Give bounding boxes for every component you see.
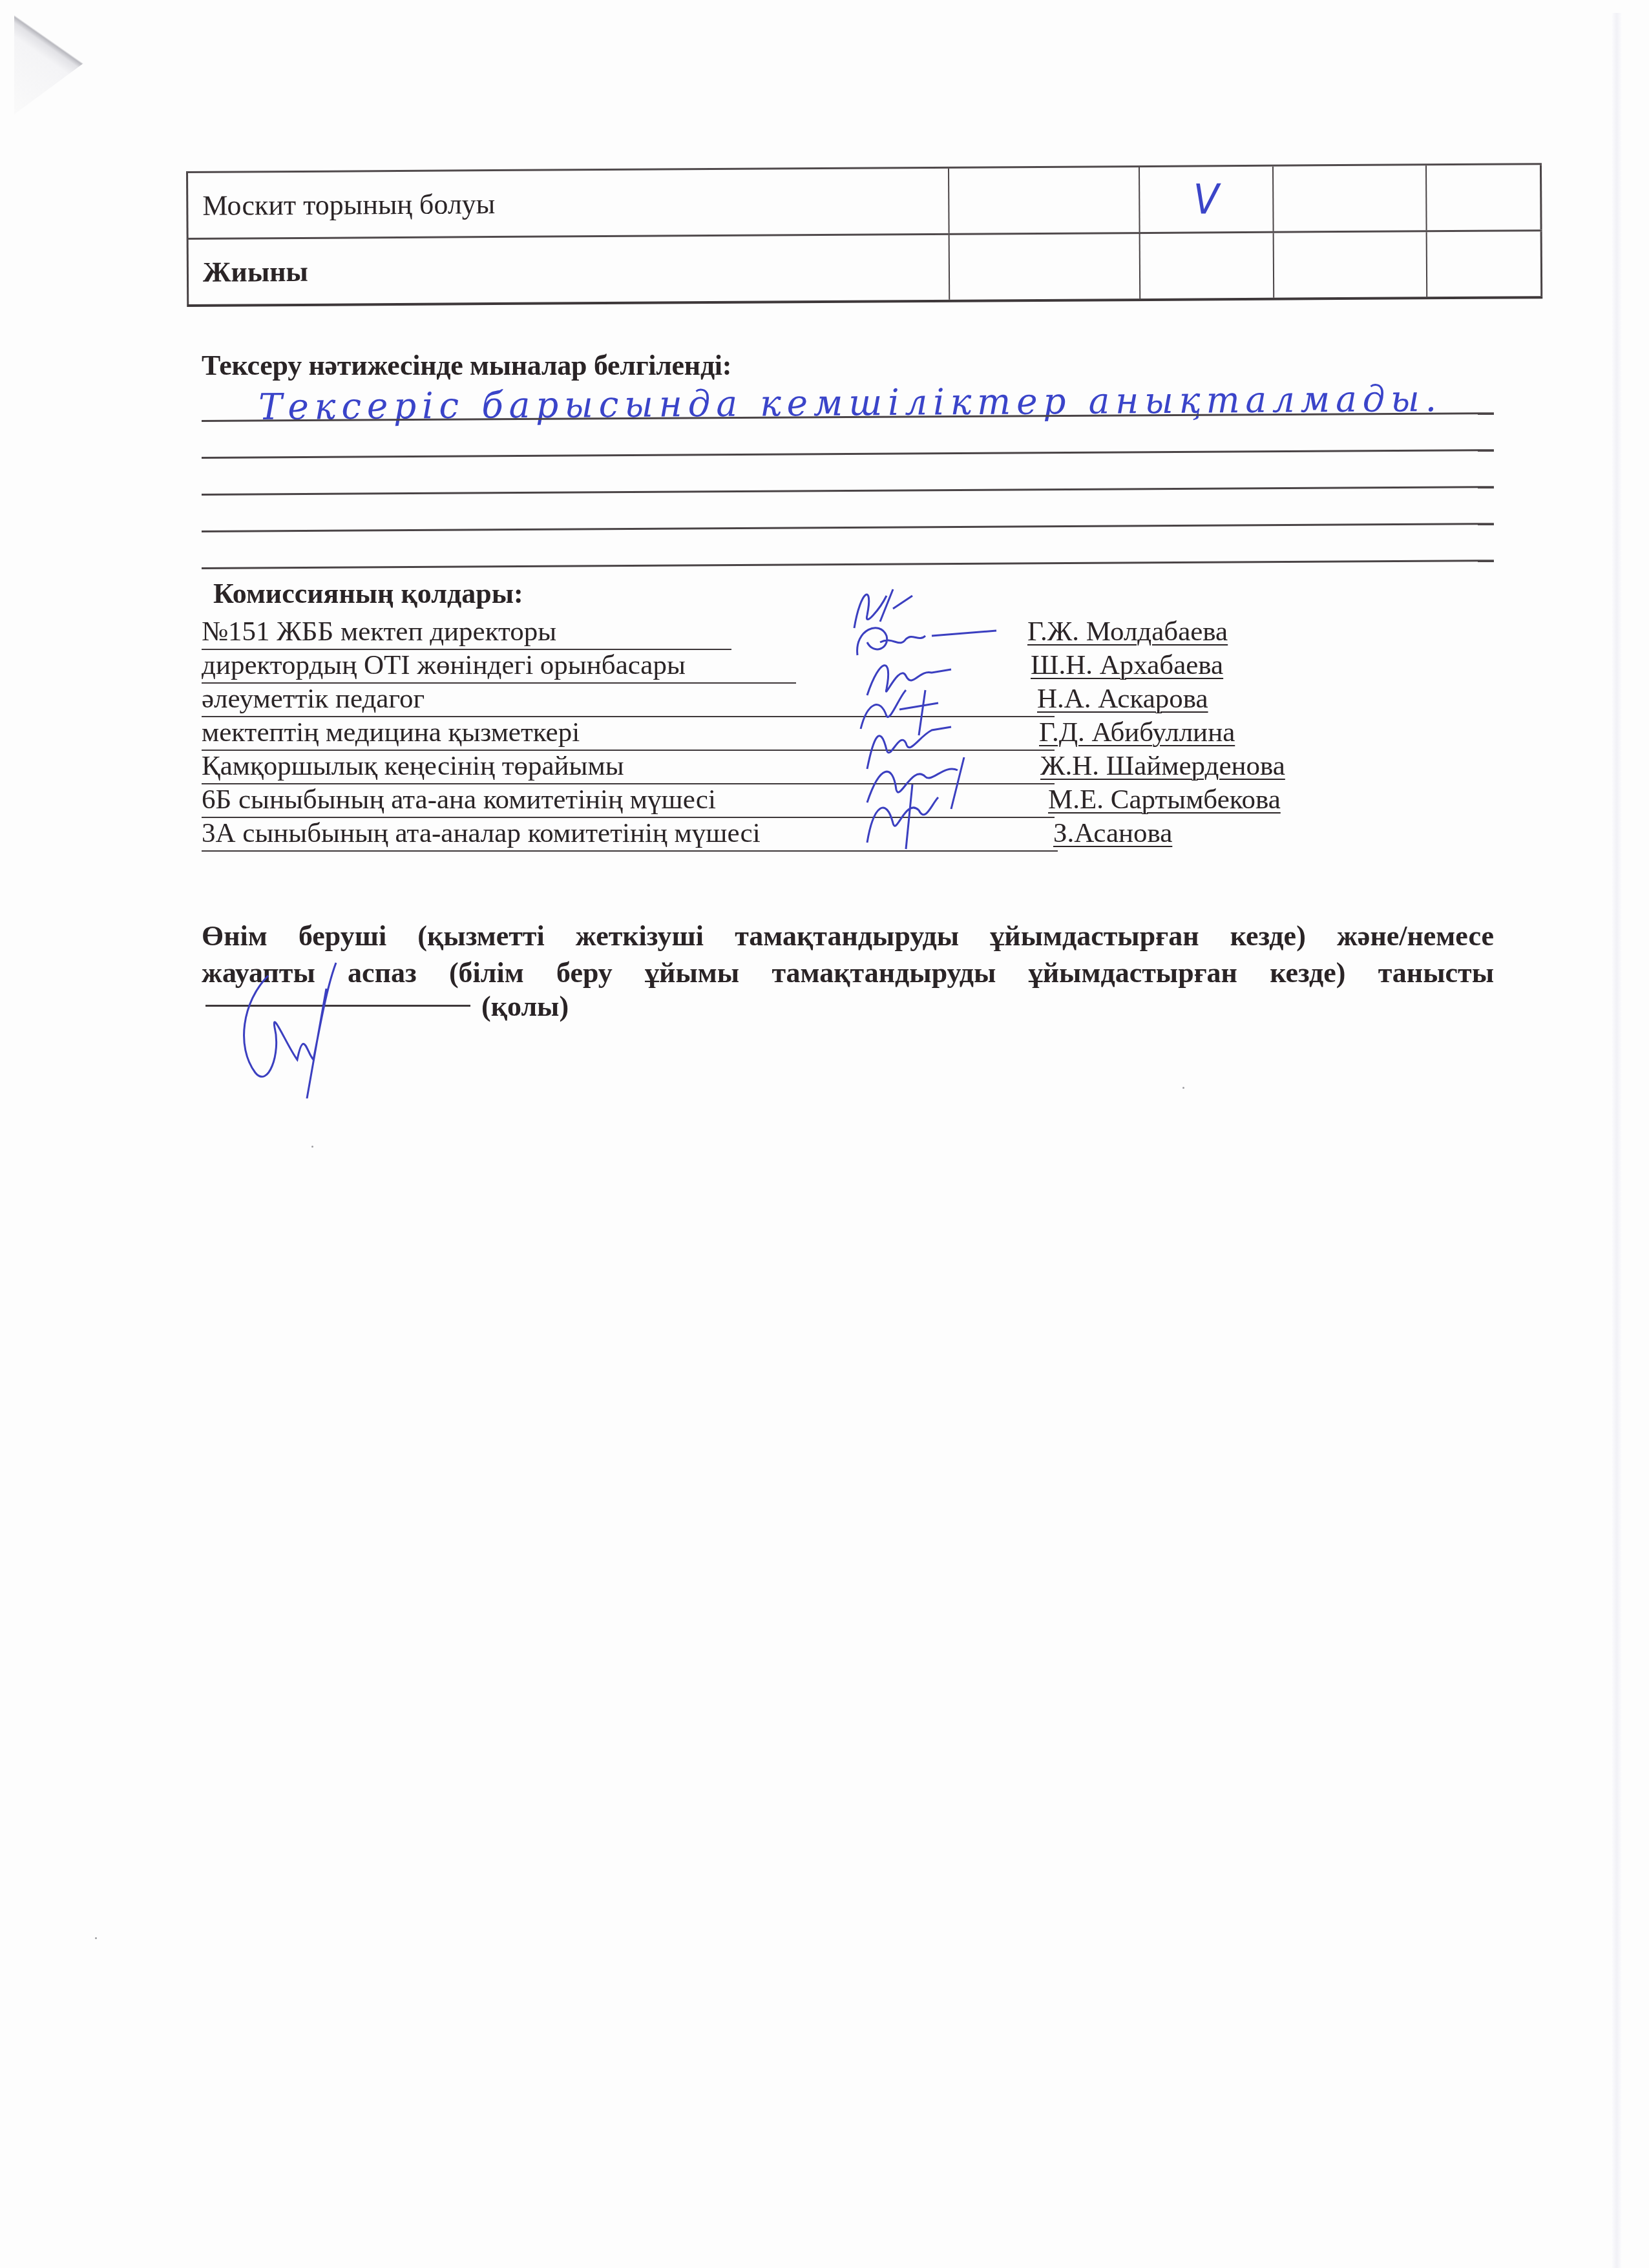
ruled-line: [202, 486, 1494, 496]
table-row-total: Жиыны: [187, 229, 1543, 307]
member-name: Г.Д. Абибуллина: [1039, 717, 1235, 748]
table-cell: [1139, 233, 1274, 299]
signature-line: [202, 850, 1058, 852]
member-name: Ш.Н. Архабаева: [1031, 649, 1223, 681]
scan-dust: [95, 1937, 97, 1939]
acknowledgement-text: Өнім беруші (қызметті жеткізуші тамақтан…: [202, 918, 1494, 991]
member-role: №151 ЖББ мектеп директоры: [202, 616, 556, 647]
inspection-table: Москит торының болуы V Жиыны: [186, 163, 1542, 307]
table-cell: [1426, 231, 1543, 297]
commission-member-row: Қамқоршылық кеңесінің төрайымыЖ.Н. Шайме…: [202, 748, 1332, 782]
commission-member-row: 3А сыныбының ата-аналар комитетінің мүше…: [202, 815, 1332, 849]
member-role: 6Б сыныбының ата-ана комитетінің мүшесі: [202, 784, 716, 815]
table-cell: [1272, 165, 1426, 231]
ack-line-2: жауапты аспаз (білім беру ұйымы тамақтан…: [202, 954, 1494, 991]
member-role: әлеуметтік педагог: [202, 683, 425, 715]
member-name: М.Е. Сартымбекова: [1048, 784, 1281, 815]
signature-icon: [229, 950, 359, 1098]
ack-line-1: Өнім беруші (қызметті жеткізуші тамақтан…: [202, 918, 1494, 954]
commission-member-row: 6Б сыныбының ата-ана комитетінің мүшесіМ…: [202, 782, 1332, 815]
scan-dust: [311, 1146, 313, 1148]
checkmark-icon: V: [1193, 175, 1219, 224]
table-cell: [1425, 165, 1542, 230]
member-name: Г.Ж. Молдабаева: [1027, 616, 1228, 647]
scan-edge-artifact: [1612, 13, 1621, 2268]
commission-member-row: әлеуметтік педагогН.А. Аскарова: [202, 681, 1332, 715]
member-role: Қамқоршылық кеңесінің төрайымы: [202, 750, 624, 782]
table-cell: [949, 234, 1140, 300]
scanned-document-page: Москит торының болуы V Жиыны Тексеру нәт…: [0, 0, 1649, 2268]
folded-corner-artifact: [14, 14, 150, 114]
member-name: Н.А. Аскарова: [1037, 683, 1208, 715]
table-cell: V: [1139, 167, 1273, 232]
row-label: Москит торының болуы: [186, 169, 949, 238]
member-name: Ж.Н. Шаймерденова: [1040, 750, 1285, 782]
member-role: 3А сыныбының ата-аналар комитетінің мүше…: [202, 817, 761, 849]
table-row: Москит торының болуы V: [186, 163, 1542, 238]
ruled-line: [202, 523, 1494, 532]
table-cell: [948, 167, 1139, 233]
row-label: Жиыны: [187, 235, 949, 304]
commission-member-row: №151 ЖББ мектеп директорыГ.Ж. Молдабаева: [202, 614, 1332, 647]
signature-label: (қолы): [481, 990, 569, 1023]
findings-heading: Тексеру нәтижесінде мыналар белгіленді:: [202, 349, 731, 382]
member-role: мектептің медицина қызметкері: [202, 717, 580, 748]
commission-member-row: директордың ОТІ жөніндегі орынбасарыШ.Н.…: [202, 647, 1332, 681]
signature-icon: [848, 583, 996, 654]
ruled-line: [202, 560, 1494, 569]
handwritten-finding: Тексеріс барысында кемшіліктер анықталма…: [258, 378, 1442, 428]
member-role: директордың ОТІ жөніндегі орынбасары: [202, 649, 686, 681]
ruled-line: [202, 449, 1494, 459]
scan-dust: [1182, 1087, 1184, 1089]
commission-member-row: мектептің медицина қызметкеріГ.Д. Абибул…: [202, 715, 1332, 748]
commission-title: Комиссияның қолдары:: [213, 577, 523, 610]
table-cell: [1273, 232, 1427, 297]
member-name: З.Асанова: [1053, 817, 1172, 849]
